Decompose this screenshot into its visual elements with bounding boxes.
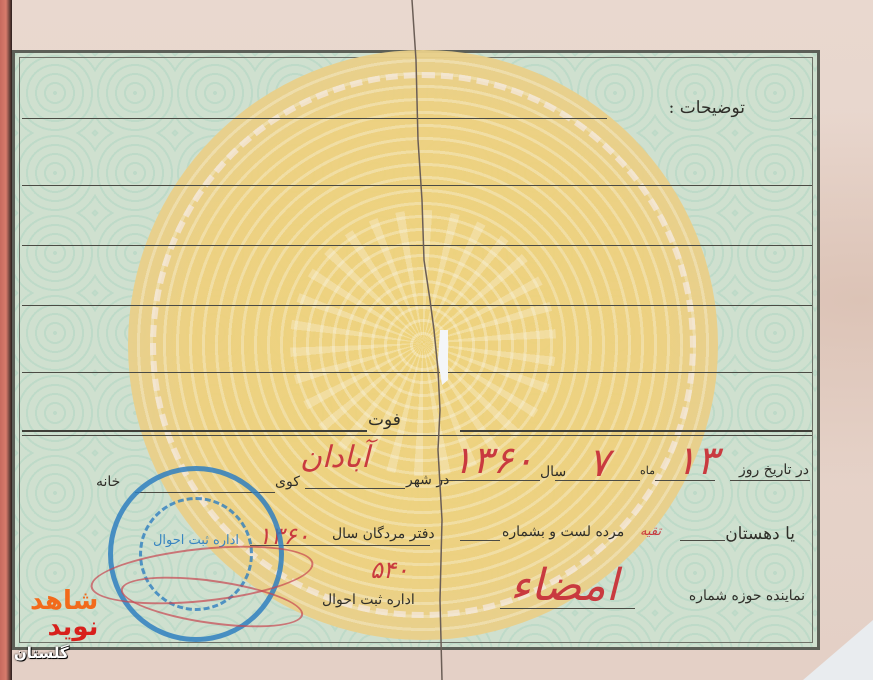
- province-field-line: [680, 540, 725, 541]
- logo-title-bottom: نوید: [48, 612, 99, 642]
- logo-title-top: شاهد: [30, 588, 98, 614]
- city-label: در شهر: [406, 472, 449, 488]
- day-line-right: [730, 480, 810, 481]
- ruled-line-1: [22, 185, 812, 186]
- ruled-line-4: [22, 372, 812, 373]
- register-label: دفتر مردگان سال: [332, 526, 435, 542]
- certificate-field-line: [460, 540, 500, 541]
- death-heading-underline: [22, 435, 812, 436]
- handwritten-signature: امضاء: [510, 560, 618, 611]
- booklet-spine: [0, 0, 12, 680]
- agent-label: نماینده حوزه شماره: [689, 588, 805, 604]
- province-label: یا دهستان: [725, 524, 795, 544]
- house-label: خانه: [96, 474, 120, 490]
- street-label: کوی: [275, 474, 300, 490]
- handwritten-city: آبادان: [300, 440, 370, 475]
- navid-shahed-golestan-logo: شاهد نوید گلستان: [10, 588, 120, 668]
- logo-mark: شاهد نوید: [30, 588, 98, 640]
- handwritten-register-number: ۵۴۰: [370, 556, 409, 584]
- remarks-heading: توضیحات :: [669, 98, 745, 118]
- death-heading-mark: فوت: [368, 410, 401, 430]
- office-label: اداره ثبت احوال: [322, 592, 415, 608]
- death-heading-line-right: [460, 430, 812, 432]
- lion-and-sun-emblem: [290, 210, 556, 476]
- remarks-heading-line-right: [790, 118, 812, 119]
- handwritten-province: تقیه: [640, 524, 661, 539]
- ruled-line-2: [22, 245, 812, 246]
- certificate-label: مرده لست و بشماره: [502, 524, 624, 540]
- handwritten-year: ۱۳۶۰: [452, 438, 534, 482]
- ruled-line-3: [22, 305, 812, 306]
- remarks-heading-line-left: [22, 118, 607, 119]
- month-label: ماه: [640, 464, 655, 477]
- date-label: در تاریخ روز: [739, 462, 809, 478]
- torn-corner: [803, 620, 873, 680]
- death-heading-line-left: [22, 430, 367, 432]
- year-label: سال: [540, 464, 566, 480]
- city-field-line: [305, 488, 405, 489]
- document-page: توضیحات : فوت در تاریخ روز ماه سال در شه…: [0, 0, 873, 680]
- handwritten-month: ۷: [588, 440, 609, 486]
- logo-subtitle: گلستان: [14, 644, 69, 662]
- handwritten-day: ۱۳: [675, 438, 718, 484]
